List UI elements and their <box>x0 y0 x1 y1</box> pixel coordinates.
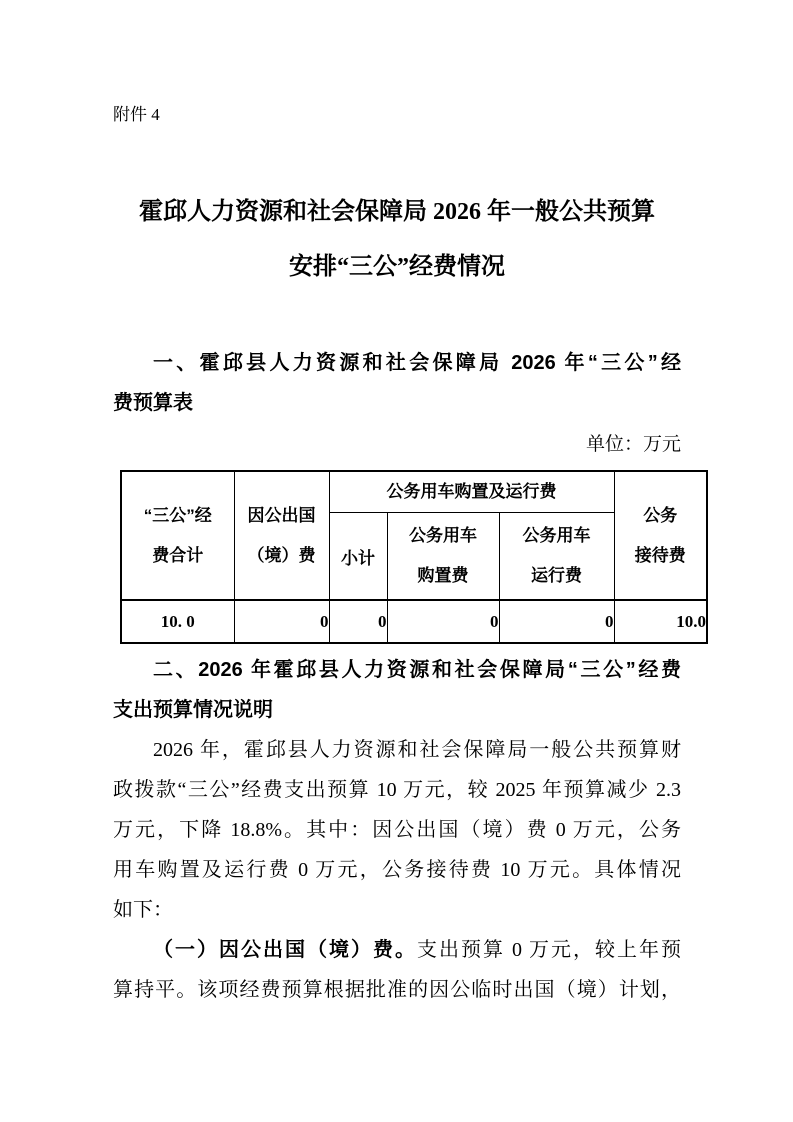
summary-line-1: 2026 年，霍邱县人力资源和社会保障局一般公共预算财 <box>113 730 681 770</box>
value-total: 10. 0 <box>121 600 234 643</box>
section-one-heading: 一、霍邱县人力资源和社会保障局 2026 年“三公”经 费预算表 <box>113 343 681 423</box>
header-abroad-line-2: （境）费 <box>235 536 329 576</box>
document-title-line-1: 霍邱人力资源和社会保障局 2026 年一般公共预算 <box>113 185 681 240</box>
summary-line-5: 如下： <box>113 890 681 930</box>
header-abroad-line-1: 因公出国 <box>235 496 329 536</box>
header-vehicle-purchase: 公务用车 购置费 <box>387 513 499 601</box>
header-total: “三公”经 费合计 <box>121 471 234 600</box>
abroad-fee-line-2: 算持平。该项经费预算根据批准的因公临时出国（境）计划， <box>113 970 681 1010</box>
section-one-heading-line-1: 一、霍邱县人力资源和社会保障局 2026 年“三公”经 <box>113 343 681 383</box>
section-two-heading: 二、2026 年霍邱县人力资源和社会保障局“三公”经费 支出预算情况说明 <box>113 650 681 730</box>
document-title-line-2: 安排“三公”经费情况 <box>113 240 681 295</box>
header-vehicle-operation: 公务用车 运行费 <box>499 513 614 601</box>
value-reception: 10.0 <box>614 600 707 643</box>
value-vehicle-purchase: 0 <box>387 600 499 643</box>
section-one-heading-line-2: 费预算表 <box>113 383 681 423</box>
abroad-fee-line-1-rest: 支出预算 0 万元，较上年预 <box>417 939 681 961</box>
header-vehicle-purchase-line-2: 购置费 <box>388 556 499 596</box>
header-vehicle-subtotal: 小计 <box>329 513 387 601</box>
value-abroad: 0 <box>234 600 329 643</box>
header-total-line-1: “三公”经 <box>122 496 234 536</box>
section-two-heading-line-2: 支出预算情况说明 <box>113 690 681 730</box>
summary-line-3: 万元，下降 18.8%。其中：因公出国（境）费 0 万元，公务 <box>113 810 681 850</box>
header-vehicle-purchase-line-1: 公务用车 <box>388 516 499 556</box>
header-reception-line-2: 接待费 <box>615 536 707 576</box>
header-reception: 公务 接待费 <box>614 471 707 600</box>
value-vehicle-operation: 0 <box>499 600 614 643</box>
paragraph-budget-summary: 2026 年，霍邱县人力资源和社会保障局一般公共预算财 政拨款“三公”经费支出预… <box>113 730 681 930</box>
header-reception-line-1: 公务 <box>615 496 707 536</box>
table-data-row: 10. 0 0 0 0 0 10.0 <box>121 600 707 643</box>
attachment-label: 附件 4 <box>113 103 681 126</box>
header-vehicle-group: 公务用车购置及运行费 <box>329 471 614 513</box>
paragraph-abroad-fee: （一）因公出国（境）费。支出预算 0 万元，较上年预 算持平。该项经费预算根据批… <box>113 930 681 1010</box>
summary-line-2: 政拨款“三公”经费支出预算 10 万元，较 2025 年预算减少 2.3 <box>113 770 681 810</box>
header-total-line-2: 费合计 <box>122 536 234 576</box>
section-two-heading-line-1: 二、2026 年霍邱县人力资源和社会保障局“三公”经费 <box>113 650 681 690</box>
document-page: 附件 4 霍邱人力资源和社会保障局 2026 年一般公共预算 安排“三公”经费情… <box>0 0 793 1122</box>
document-title: 霍邱人力资源和社会保障局 2026 年一般公共预算 安排“三公”经费情况 <box>113 185 681 295</box>
header-vehicle-operation-line-1: 公务用车 <box>500 516 614 556</box>
abroad-fee-line-1: （一）因公出国（境）费。支出预算 0 万元，较上年预 <box>113 930 681 970</box>
summary-line-4: 用车购置及运行费 0 万元，公务接待费 10 万元。具体情况 <box>113 850 681 890</box>
header-vehicle-operation-line-2: 运行费 <box>500 556 614 596</box>
budget-table: “三公”经 费合计 因公出国 （境）费 公务用车购置及运行费 公务 接待费 小计… <box>120 470 708 644</box>
header-abroad: 因公出国 （境）费 <box>234 471 329 600</box>
value-vehicle-subtotal: 0 <box>329 600 387 643</box>
unit-label: 单位：万元 <box>113 431 681 458</box>
abroad-fee-lead: （一）因公出国（境）费。 <box>153 939 417 961</box>
table-header-row-1: “三公”经 费合计 因公出国 （境）费 公务用车购置及运行费 公务 接待费 <box>121 471 707 513</box>
